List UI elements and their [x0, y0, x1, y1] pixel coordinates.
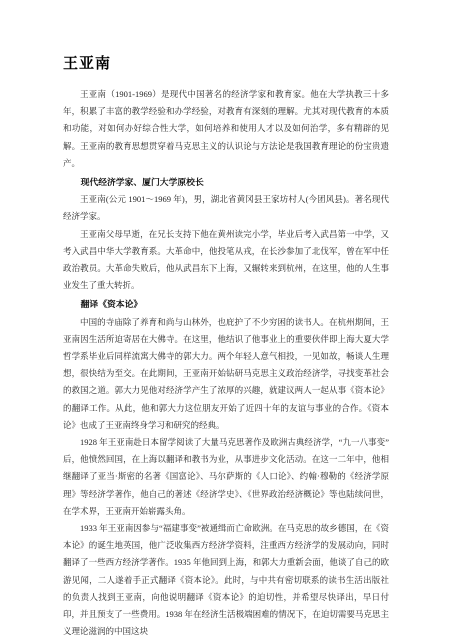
paragraph-temple-guodali: 中国的寺庙除了养育和尚与山林外，也庇护了不少穷困的读书人。在杭州期间，王亚南因生…	[63, 314, 389, 434]
paragraph-birthplace: 王亚南(公元 1901～1969 年)，男，湖北省黄冈县王家坊村人(今团风县)。…	[63, 191, 389, 225]
page-title: 王亚南	[63, 55, 389, 73]
paragraph-1933-europe: 1933 年王亚南因参与“福建事变”被通缉而亡命欧洲。在马克思的故乡德国，在《资…	[63, 520, 389, 636]
paragraph-1928-japan: 1928 年王亚南赴日本留学阅读了大量马克思著作及欧洲古典经济学，“九一八事变”…	[63, 434, 389, 520]
document-page: 王亚南 王亚南（1901-1969）是现代中国著名的经济学家和教育家。他在大学执…	[0, 0, 450, 636]
intro-paragraph: 王亚南（1901-1969）是现代中国著名的经济学家和教育家。他在大学执教三十多…	[63, 86, 389, 172]
section-heading-translate-das-kapital: 翻译《资本论》	[63, 296, 389, 313]
paragraph-early-life: 王亚南父母早逝，在兄长支持下他在黄州读完小学，毕业后考入武昌第一中学，又考入武昌…	[63, 226, 389, 295]
section-heading-modern-economist: 现代经济学家、厦门大学原校长	[63, 174, 389, 191]
